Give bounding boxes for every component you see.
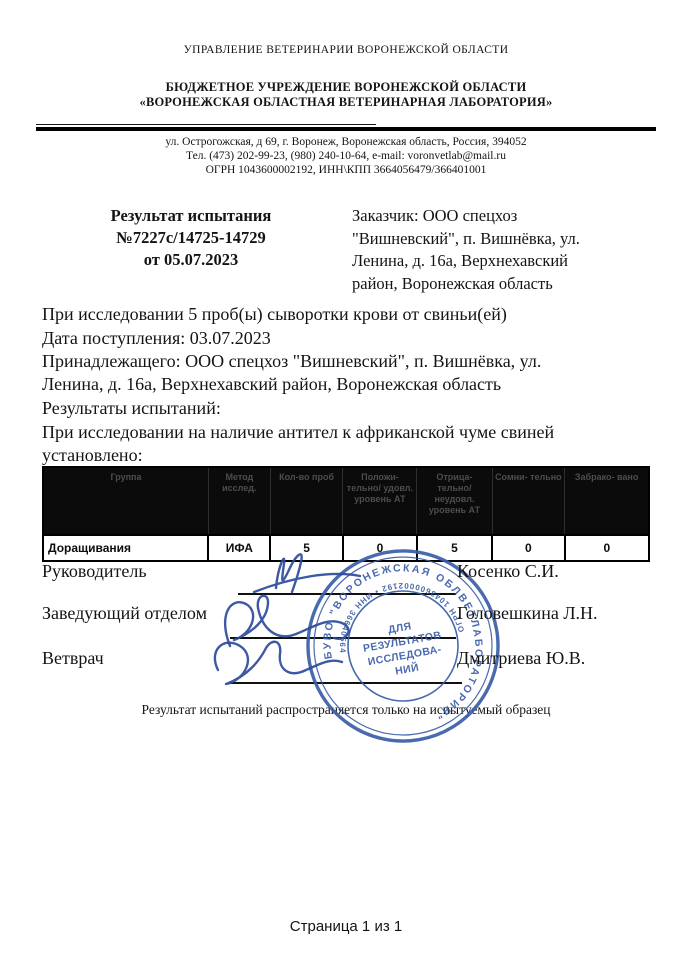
letterhead-divider bbox=[36, 127, 656, 131]
signature-name: Головешкина Л.Н. bbox=[457, 603, 598, 624]
result-date: от 05.07.2023 bbox=[78, 249, 304, 271]
org-address: ул. Острогожская, д 69, г. Воронеж, Воро… bbox=[0, 136, 692, 148]
table-header-negative: Отрица- тельно/ неудовл. уровень АТ bbox=[417, 467, 492, 535]
customer-line: район, Воронежская область bbox=[352, 273, 628, 296]
table-header-group: Группа bbox=[43, 467, 208, 535]
body-intro: При исследовании 5 проб(ы) сыворотки кро… bbox=[42, 304, 507, 325]
signature-stroke-head-of-department bbox=[225, 596, 348, 646]
customer-line: Ленина, д. 16а, Верхнехавский bbox=[352, 250, 628, 273]
handwritten-signatures bbox=[180, 538, 500, 708]
signature-name: Косенко С.И. bbox=[457, 561, 559, 582]
signature-name: Дмитриева Ю.В. bbox=[457, 648, 585, 669]
customer-line: Заказчик: ООО спецхоз bbox=[352, 205, 628, 228]
result-block: Результат испытания №7227с/14725-14729 о… bbox=[78, 205, 304, 271]
page-number: Страница 1 из 1 bbox=[0, 918, 692, 935]
customer-block: Заказчик: ООО спецхоз "Вишневский", п. В… bbox=[352, 205, 628, 295]
body-finding-line1: При исследовании на наличие антител к аф… bbox=[42, 422, 554, 443]
table-header-method: Метод исслед. bbox=[208, 467, 270, 535]
body-finding-line2: установлено: bbox=[42, 445, 143, 466]
table-header-doubtful: Сомни- тельно bbox=[492, 467, 565, 535]
signature-role: Руководитель bbox=[42, 561, 147, 582]
table-cell-doubtful: 0 bbox=[492, 535, 565, 561]
body-received-date: Дата поступления: 03.07.2023 bbox=[42, 328, 271, 349]
document-page: УПРАВЛЕНИЕ ВЕТЕРИНАРИИ ВОРОНЕЖСКОЙ ОБЛАС… bbox=[0, 0, 692, 968]
letterhead-divider-thin bbox=[36, 124, 376, 125]
signature-stroke-director bbox=[254, 554, 360, 592]
org-contacts: Тел. (473) 202-99-23, (980) 240-10-64, e… bbox=[0, 150, 692, 162]
body-owner-line2: Ленина, д. 16а, Верхнехавский район, Вор… bbox=[42, 374, 501, 395]
result-title: Результат испытания bbox=[78, 205, 304, 227]
table-cell-rejected: 0 bbox=[565, 535, 649, 561]
org-registration: ОГРН 1043600002192, ИНН\КПП 3664056479/3… bbox=[0, 164, 692, 176]
result-number: №7227с/14725-14729 bbox=[78, 227, 304, 249]
org-institution-line2: «ВОРОНЕЖСКАЯ ОБЛАСТНАЯ ВЕТЕРИНАРНАЯ ЛАБО… bbox=[0, 95, 692, 110]
table-header-rejected: Забрако- вано bbox=[565, 467, 649, 535]
signature-role: Ветврач bbox=[42, 648, 104, 669]
body-owner-line1: Принадлежащего: ООО спецхоз "Вишневский"… bbox=[42, 351, 541, 372]
table-header-sample-count: Кол-во проб bbox=[270, 467, 343, 535]
body-results-label: Результаты испытаний: bbox=[42, 398, 221, 419]
org-authority: УПРАВЛЕНИЕ ВЕТЕРИНАРИИ ВОРОНЕЖСКОЙ ОБЛАС… bbox=[0, 44, 692, 56]
customer-line: "Вишневский", п. Вишнёвка, ул. bbox=[352, 228, 628, 251]
org-institution-line1: БЮДЖЕТНОЕ УЧРЕЖДЕНИЕ ВОРОНЕЖСКОЙ ОБЛАСТИ bbox=[0, 80, 692, 95]
table-header-positive: Положи- тельно/ удовл. уровень АТ bbox=[343, 467, 417, 535]
table-header-row: Группа Метод исслед. Кол-во проб Положи-… bbox=[43, 467, 649, 535]
signature-stroke-veterinarian bbox=[215, 642, 342, 684]
